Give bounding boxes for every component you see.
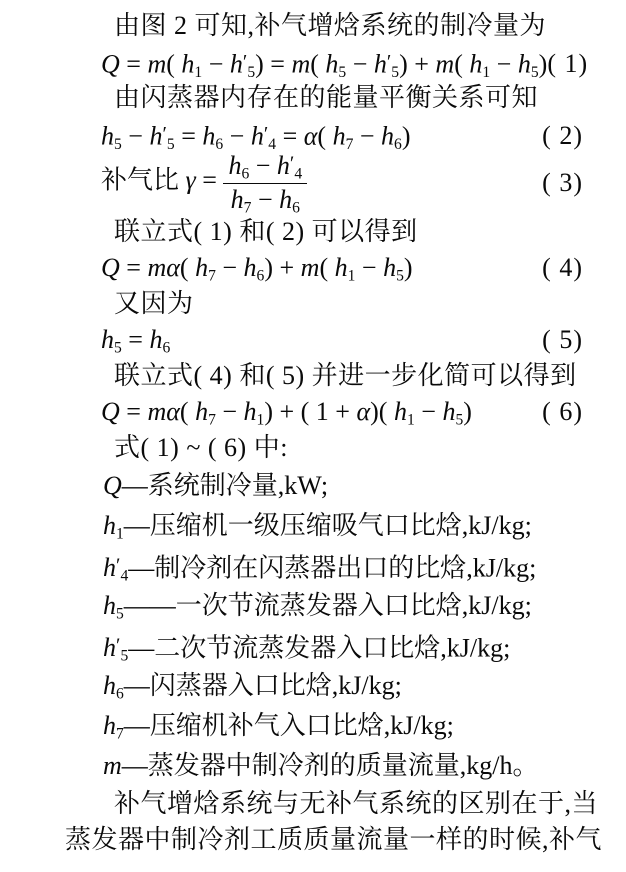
equation-line: h5 = h6( 5) bbox=[101, 322, 595, 358]
definition-text: —制冷剂在闪蒸器出口的比焓,kJ/kg; bbox=[128, 553, 536, 582]
equation-line: Q = m( h1 − h′5) = m( h5 − h′5) + m( h1 … bbox=[101, 44, 595, 80]
definition-symbol: h′5 bbox=[103, 633, 128, 662]
equation-formula: 补气比 γ = h6 − h′4h7 − h6 bbox=[101, 152, 307, 213]
equation-line: 补气比 γ = h6 − h′4h7 − h6( 3) bbox=[101, 152, 595, 214]
definition-symbol: m bbox=[103, 751, 122, 780]
definition-line: h6—闪蒸器入口比焓,kJ/kg; bbox=[103, 666, 595, 706]
fraction-denominator: h7 − h6 bbox=[223, 184, 307, 214]
equation-line: Q = mα( h7 − h6) + m( h1 − h5)( 4) bbox=[101, 250, 595, 286]
paper-text-column: 由图 2 可知,补气增焓系统的制冷量为Q = m( h1 − h′5) = m(… bbox=[65, 8, 595, 858]
equation-number: ( 2) bbox=[542, 118, 583, 154]
text-line: 由闪蒸器内存在的能量平衡关系可知 bbox=[114, 80, 595, 116]
definition-text: ——一次节流蒸发器入口比焓,kJ/kg; bbox=[124, 591, 532, 620]
equation-number: ( 6) bbox=[542, 394, 583, 430]
equation-number: ( 5) bbox=[542, 322, 583, 358]
definition-line: h′5—二次节流蒸发器入口比焓,kJ/kg; bbox=[103, 626, 595, 666]
document-page: 由图 2 可知,补气增焓系统的制冷量为Q = m( h1 − h′5) = m(… bbox=[0, 0, 626, 872]
definition-line: Q—系统制冷量,kW; bbox=[103, 466, 595, 506]
text-line: 蒸发器中制冷剂工质质量流量一样的时候,补气 bbox=[65, 822, 595, 858]
definition-symbol: h6 bbox=[103, 671, 124, 700]
equation-formula: Q = mα( h7 − h1) + ( 1 + α)( h1 − h5) bbox=[101, 394, 472, 430]
equation-formula: h5 − h′5 = h6 − h′4 = α( h7 − h6) bbox=[101, 116, 411, 154]
text-line: 补气增焓系统与无补气系统的区别在于,当 bbox=[114, 786, 595, 822]
text-line: 联立式( 4) 和( 5) 并进一步化简可以得到 bbox=[114, 358, 595, 394]
definition-line: h1—压缩机一级压缩吸气口比焓,kJ/kg; bbox=[103, 506, 595, 546]
text-line: 联立式( 1) 和( 2) 可以得到 bbox=[114, 214, 595, 250]
definition-symbol: h′4 bbox=[103, 553, 128, 582]
definition-line: h7—压缩机补气入口比焓,kJ/kg; bbox=[103, 706, 595, 746]
definition-text: —压缩机补气入口比焓,kJ/kg; bbox=[124, 711, 454, 740]
definition-symbol: h7 bbox=[103, 711, 124, 740]
text-line: 式( 1) ~ ( 6) 中: bbox=[114, 430, 595, 466]
equation-formula: Q = m( h1 − h′5) = m( h5 − h′5) + m( h1 … bbox=[101, 44, 547, 82]
equation-line: Q = mα( h7 − h1) + ( 1 + α)( h1 − h5)( 6… bbox=[101, 394, 595, 430]
definition-text: —闪蒸器入口比焓,kJ/kg; bbox=[124, 671, 402, 700]
definition-symbol: h1 bbox=[103, 511, 124, 540]
equation-number: ( 4) bbox=[542, 250, 583, 286]
fraction-numerator: h6 − h′4 bbox=[223, 152, 307, 183]
definition-text: —系统制冷量,kW; bbox=[122, 471, 328, 500]
fraction: h6 − h′4h7 − h6 bbox=[223, 152, 307, 213]
equation-formula: Q = mα( h7 − h6) + m( h1 − h5) bbox=[101, 250, 413, 286]
definition-line: h′4—制冷剂在闪蒸器出口的比焓,kJ/kg; bbox=[103, 546, 595, 586]
equation-formula: h5 = h6 bbox=[101, 322, 170, 358]
text-line: 由图 2 可知,补气增焓系统的制冷量为 bbox=[114, 8, 595, 44]
definition-symbol: Q bbox=[103, 471, 122, 500]
definition-line: h5——一次节流蒸发器入口比焓,kJ/kg; bbox=[103, 586, 595, 626]
equation-number: ( 1) bbox=[547, 46, 588, 82]
equation-number: ( 3) bbox=[542, 165, 583, 201]
definition-symbol: h5 bbox=[103, 591, 124, 620]
text-line: 又因为 bbox=[114, 286, 595, 322]
definition-text: —蒸发器中制冷剂的质量流量,kg/h。 bbox=[122, 751, 539, 780]
definition-text: —二次节流蒸发器入口比焓,kJ/kg; bbox=[128, 633, 510, 662]
definition-text: —压缩机一级压缩吸气口比焓,kJ/kg; bbox=[124, 511, 532, 540]
equation-line: h5 − h′5 = h6 − h′4 = α( h7 − h6)( 2) bbox=[101, 116, 595, 152]
definition-line: m—蒸发器中制冷剂的质量流量,kg/h。 bbox=[103, 746, 595, 786]
